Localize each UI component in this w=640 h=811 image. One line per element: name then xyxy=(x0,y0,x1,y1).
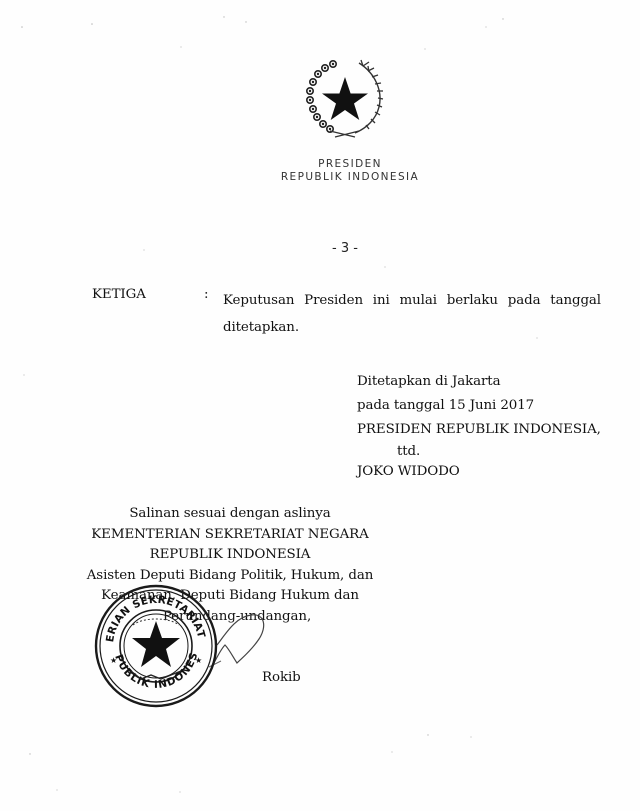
president-name: JOKO WIDODO xyxy=(357,462,601,482)
enactment-office: PRESIDEN REPUBLIK INDONESIA, xyxy=(357,418,601,442)
clause-label: KETIGA xyxy=(92,287,146,302)
enactment-date: pada tanggal 15 Juni 2017 xyxy=(357,394,601,418)
copy-line-2: KEMENTERIAN SEKRETARIAT NEGARA xyxy=(84,525,376,546)
presidential-star-emblem-icon xyxy=(303,55,387,141)
signed-marker: ttd. xyxy=(357,442,601,462)
ministry-seal-stamp-icon: KEMENTERIAN SEKRETARIAT NEGARA REPUBLIK … xyxy=(93,583,219,709)
enactment-place: Ditetapkan di Jakarta xyxy=(357,370,601,394)
svg-text:★: ★ xyxy=(110,656,117,665)
clause-text-line-1: Keputusan Presiden ini mulai berlaku pad… xyxy=(223,287,601,314)
enactment-block: Ditetapkan di Jakarta pada tanggal 15 Ju… xyxy=(357,370,601,482)
clause-text: Keputusan Presiden ini mulai berlaku pad… xyxy=(223,287,601,341)
page-number: - 3 - xyxy=(300,241,390,256)
header-line-republik: REPUBLIK INDONESIA xyxy=(250,171,450,183)
svg-text:★: ★ xyxy=(195,656,202,665)
copy-line-1: Salinan sesuai dengan aslinya xyxy=(84,504,376,525)
document-page: PRESIDEN REPUBLIK INDONESIA - 3 - KETIGA… xyxy=(0,0,640,811)
header-line-presiden: PRESIDEN xyxy=(250,158,450,170)
clause-separator: : xyxy=(204,287,208,302)
clause-text-line-2: ditetapkan. xyxy=(223,320,299,335)
copy-line-3: REPUBLIK INDONESIA xyxy=(84,545,376,566)
